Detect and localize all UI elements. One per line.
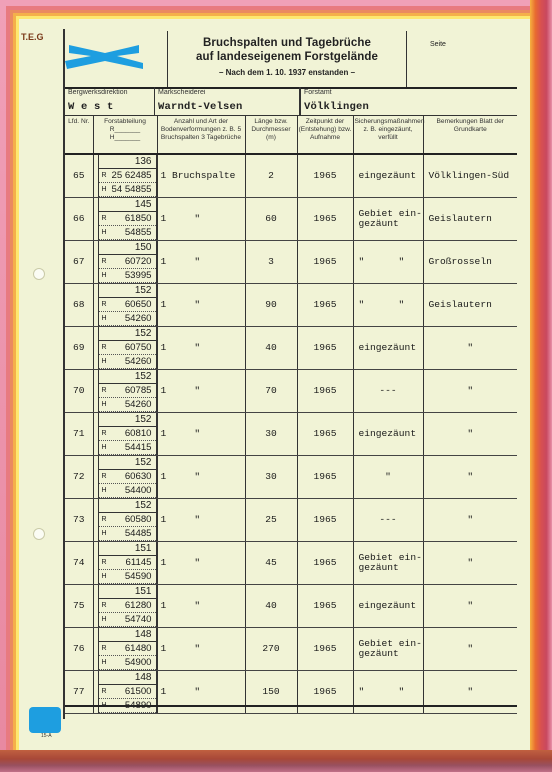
sicherung-cell: eingezäunt [353, 584, 423, 627]
punch-hole-icon [33, 268, 45, 280]
bemerkungen-cell: Großrosseln [423, 240, 517, 283]
col-header-bemerkungen: Bemerkungen Blatt der Grundkarte [423, 116, 517, 154]
sicherung-cell: "" [353, 283, 423, 326]
row-number: 69 [65, 326, 93, 369]
markscheiderei-cell: Markscheiderei Warndt-Velsen [155, 87, 301, 115]
table-header-row: Lfd. Nr. Forstabteilung R_______ H______… [65, 116, 517, 154]
col-header-laenge: Länge bzw. Durchmesser (m) [245, 116, 297, 154]
sicherung-cell: " [353, 455, 423, 498]
forstabteilung-cell: 152 R60580 H54485 [93, 498, 157, 541]
zeitpunkt-cell: 1965 [297, 541, 353, 584]
laenge-cell: 3 [245, 240, 297, 283]
h-coordinate: H54 54855 [99, 183, 156, 197]
laenge-cell: 30 [245, 455, 297, 498]
table-row: 66 145 R61850 H54855 1" 60 1965 Gebiet e… [65, 197, 517, 240]
markscheiderei-value: Warndt-Velsen [155, 96, 299, 113]
zeitpunkt-cell: 1965 [297, 627, 353, 670]
bemerkungen-cell: " [423, 455, 517, 498]
stamp-mark: T.E.G [21, 33, 35, 42]
r-coordinate: R61280 [99, 599, 156, 613]
forstabteilung-cell: 148 R61480 H54900 [93, 627, 157, 670]
bemerkungen-cell: " [423, 326, 517, 369]
row-number: 65 [65, 154, 93, 198]
bemerkungen-cell: Geislautern [423, 283, 517, 326]
bemerkungen-cell: Völklingen-Süd [423, 154, 517, 198]
col-header-sicherung: Sicherungsmaßnahmen z. B. eingezäunt, ve… [353, 116, 423, 154]
abteilung-number: 136 [99, 155, 156, 169]
abteilung-number: 152 [99, 284, 156, 298]
punch-hole-icon [33, 528, 45, 540]
title-subtitle: – Nach dem 1. 10. 1937 enstanden – [168, 68, 406, 77]
h-coordinate: H54855 [99, 226, 156, 240]
abteilung-number: 152 [99, 499, 156, 513]
sicherung-cell: --- [353, 498, 423, 541]
laenge-cell: 90 [245, 283, 297, 326]
sicherung-cell: Gebiet ein-gezäunt [353, 627, 423, 670]
table-row: 76 148 R61480 H54900 1" 270 1965 Gebiet … [65, 627, 517, 670]
sicherung-cell: eingezäunt [353, 326, 423, 369]
zeitpunkt-cell: 1965 [297, 498, 353, 541]
bemerkungen-cell: " [423, 541, 517, 584]
zeitpunkt-cell: 1965 [297, 240, 353, 283]
anzahl-cell: 1" [157, 326, 245, 369]
zeitpunkt-cell: 1965 [297, 369, 353, 412]
title-block: Bruchspalten und Tagebrüche auf landesei… [167, 31, 407, 87]
zeitpunkt-cell: 1965 [297, 412, 353, 455]
laenge-cell: 270 [245, 627, 297, 670]
col-header-nr: Lfd. Nr. [65, 116, 93, 154]
row-number: 68 [65, 283, 93, 326]
h-coordinate: H54260 [99, 398, 156, 412]
h-coordinate: H54260 [99, 355, 156, 369]
zeitpunkt-cell: 1965 [297, 283, 353, 326]
h-coordinate: H54260 [99, 312, 156, 326]
bemerkungen-cell: " [423, 369, 517, 412]
anzahl-cell: 1" [157, 240, 245, 283]
bergwerksdirektion-value: W e s t [65, 96, 154, 113]
col-header-zeitpunkt: Zeitpunkt der (Entstehung) bzw. Aufnahme [297, 116, 353, 154]
sicherung-cell: Gebiet ein-gezäunt [353, 197, 423, 240]
anzahl-cell: 1" [157, 197, 245, 240]
document-header: Bruchspalten und Tagebrüche auf landesei… [65, 31, 515, 87]
abteilung-number: 148 [99, 628, 156, 642]
table-row: 72 152 R60630 H54400 1" 30 1965 " " [65, 455, 517, 498]
table-row: 70 152 R60785 H54260 1" 70 1965 --- " [65, 369, 517, 412]
zeitpunkt-cell: 1965 [297, 455, 353, 498]
forstabteilung-cell: 151 R61280 H54740 [93, 584, 157, 627]
title-line-2: auf landeseigenem Forstgelände [168, 51, 406, 63]
row-number: 76 [65, 627, 93, 670]
h-coordinate: H54740 [99, 613, 156, 627]
sicherung-cell: --- [353, 369, 423, 412]
bodenverformungen-table: Lfd. Nr. Forstabteilung R_______ H______… [65, 115, 517, 714]
r-coordinate: R60785 [99, 384, 156, 398]
r-coordinate: R61145 [99, 556, 156, 570]
forstabteilung-cell: 152 R60650 H54260 [93, 283, 157, 326]
r-coordinate: R60580 [99, 513, 156, 527]
h-coordinate: H53995 [99, 269, 156, 283]
zeitpunkt-cell: 1965 [297, 584, 353, 627]
laenge-cell: 30 [245, 412, 297, 455]
abteilung-number: 152 [99, 327, 156, 341]
anzahl-cell: 1" [157, 498, 245, 541]
table-row: 73 152 R60580 H54485 1" 25 1965 --- " [65, 498, 517, 541]
laenge-cell: 60 [245, 197, 297, 240]
abteilung-number: 152 [99, 456, 156, 470]
meta-row: Bergwerksdirektion W e s t Markscheidere… [65, 87, 515, 115]
r-coordinate: R25 62485 [99, 169, 156, 183]
bemerkungen-cell: " [423, 584, 517, 627]
form-code: 15-A [41, 733, 52, 739]
forstabteilung-cell: 145 R61850 H54855 [93, 197, 157, 240]
row-number: 73 [65, 498, 93, 541]
col-header-anzahl: Anzahl und Art der Bodenverformungen z. … [157, 116, 245, 154]
r-coordinate: R60750 [99, 341, 156, 355]
anzahl-cell: 1" [157, 455, 245, 498]
forstabteilung-cell: 152 R60630 H54400 [93, 455, 157, 498]
forstamt-cell: Forstamt Völklingen [301, 87, 515, 115]
row-number: 66 [65, 197, 93, 240]
h-coordinate: H54400 [99, 484, 156, 498]
anzahl-cell: 1" [157, 283, 245, 326]
h-coordinate: H54415 [99, 441, 156, 455]
zeitpunkt-cell: 1965 [297, 154, 353, 198]
zeitpunkt-cell: 1965 [297, 326, 353, 369]
table-bottom-line [65, 705, 517, 707]
abteilung-number: 151 [99, 585, 156, 599]
r-coordinate: R61500 [99, 685, 156, 699]
forstabteilung-cell: 152 R60750 H54260 [93, 326, 157, 369]
table-row: 68 152 R60650 H54260 1" 90 1965 "" Geisl… [65, 283, 517, 326]
r-coordinate: R60810 [99, 427, 156, 441]
anzahl-cell: 1" [157, 412, 245, 455]
laenge-cell: 40 [245, 584, 297, 627]
table-row: 75 151 R61280 H54740 1" 40 1965 eingezäu… [65, 584, 517, 627]
r-coordinate: R60630 [99, 470, 156, 484]
bergwerksdirektion-cell: Bergwerksdirektion W e s t [65, 87, 155, 115]
sicherung-cell: eingezäunt [353, 412, 423, 455]
abteilung-number: 148 [99, 671, 156, 685]
table-row: 67 150 R60720 H53995 1" 3 1965 "" Großro… [65, 240, 517, 283]
document-page: T.E.G Bruchspalten und Tagebrüche auf la… [19, 19, 530, 750]
anzahl-cell: 1" [157, 627, 245, 670]
r-coordinate: R60650 [99, 298, 156, 312]
table-row: 74 151 R61145 H54590 1" 45 1965 Gebiet e… [65, 541, 517, 584]
laenge-cell: 45 [245, 541, 297, 584]
bemerkungen-cell: Geislautern [423, 197, 517, 240]
abteilung-number: 152 [99, 413, 156, 427]
r-coordinate: R60720 [99, 255, 156, 269]
forstabteilung-cell: 151 R61145 H54590 [93, 541, 157, 584]
sicherung-cell: Gebiet ein-gezäunt [353, 541, 423, 584]
row-number: 72 [65, 455, 93, 498]
forstabteilung-cell: 150 R60720 H53995 [93, 240, 157, 283]
frame-bottom-bevel [0, 750, 552, 772]
bemerkungen-cell: " [423, 627, 517, 670]
sicherung-cell: eingezäunt [353, 154, 423, 198]
forstabteilung-cell: 152 R60785 H54260 [93, 369, 157, 412]
abteilung-number: 152 [99, 370, 156, 384]
anzahl-cell: 1" [157, 584, 245, 627]
forstabteilung-cell: 136 R25 62485 H54 54855 [93, 154, 157, 198]
laenge-cell: 2 [245, 154, 297, 198]
laenge-cell: 25 [245, 498, 297, 541]
r-coordinate: R61850 [99, 212, 156, 226]
anzahl-cell: 1" [157, 369, 245, 412]
row-number: 75 [65, 584, 93, 627]
page-number-label: Seite [430, 41, 446, 48]
abteilung-number: 151 [99, 542, 156, 556]
row-number: 67 [65, 240, 93, 283]
title-line-1: Bruchspalten und Tagebrüche [168, 37, 406, 49]
sicherung-cell: "" [353, 240, 423, 283]
bemerkungen-cell: " [423, 412, 517, 455]
forstabteilung-cell: 152 R60810 H54415 [93, 412, 157, 455]
row-number: 74 [65, 541, 93, 584]
laenge-cell: 40 [245, 326, 297, 369]
table-row: 71 152 R60810 H54415 1" 30 1965 eingezäu… [65, 412, 517, 455]
h-coordinate: H54900 [99, 656, 156, 670]
r-coordinate: R61480 [99, 642, 156, 656]
h-coordinate: H54590 [99, 570, 156, 584]
abteilung-number: 145 [99, 198, 156, 212]
h-coordinate: H54485 [99, 527, 156, 541]
row-number: 70 [65, 369, 93, 412]
laenge-cell: 70 [245, 369, 297, 412]
zeitpunkt-cell: 1965 [297, 197, 353, 240]
table-row: 69 152 R60750 H54260 1" 40 1965 eingezäu… [65, 326, 517, 369]
forstamt-value: Völklingen [301, 96, 515, 113]
abteilung-number: 150 [99, 241, 156, 255]
row-number: 71 [65, 412, 93, 455]
bemerkungen-cell: " [423, 498, 517, 541]
frame-right-bevel [530, 0, 552, 772]
anzahl-cell: 1" [157, 541, 245, 584]
col-header-forstabteilung: Forstabteilung R_______ H_______ [93, 116, 157, 154]
redaction-mark-icon [29, 707, 61, 733]
table-row: 65 136 R25 62485 H54 54855 1 Bruchspalte… [65, 154, 517, 198]
anzahl-cell: 1 Bruchspalte [157, 154, 245, 198]
